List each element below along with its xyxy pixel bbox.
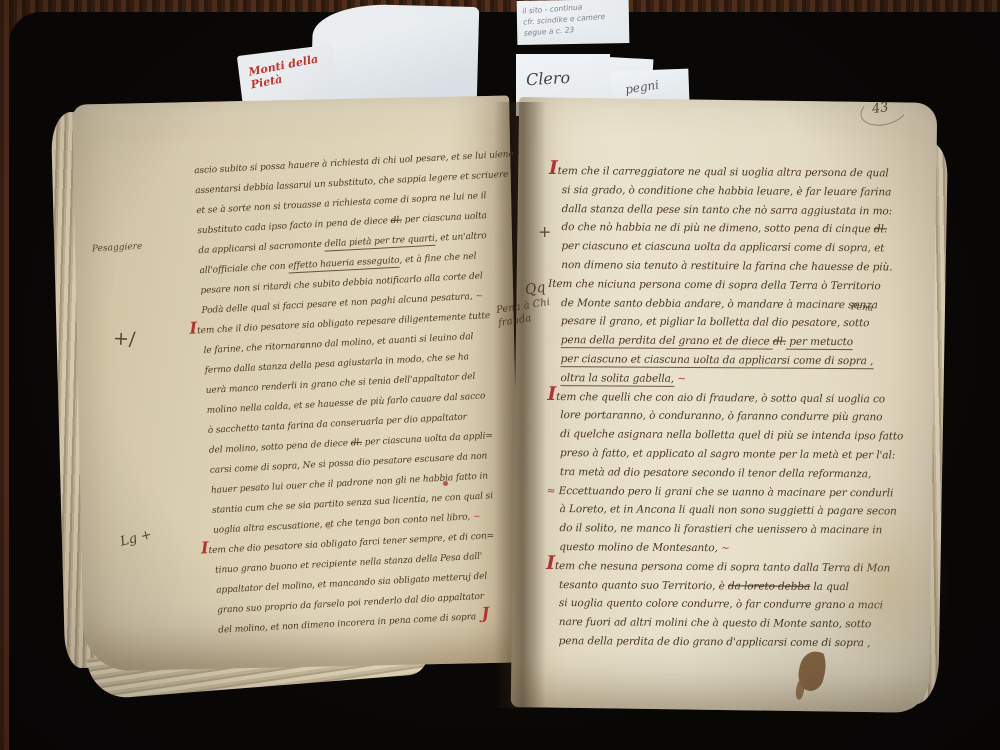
foxing-spot (300, 344, 305, 349)
manuscript-line: do che nò habbia ne di più ne dimeno, so… (561, 221, 920, 242)
slip-clero-label: Clero (526, 66, 611, 89)
bookmark-slip-pencil-note: il sito - continua cfr. scindike e camer… (517, 0, 630, 45)
manuscript-line: non dimeno sia tenuto à restituire la fa… (561, 259, 920, 280)
manuscript-line: pesare il grano, et pigliar la bolletta … (561, 315, 920, 336)
manuscript-line: Item che niciuna persona come di sopra d… (548, 278, 920, 299)
left-page-text: ascio subito si possa hauere à richiesta… (181, 150, 528, 646)
manuscript-line: oltra la solita gabella, ∼ (560, 372, 919, 393)
margin-note-pena: Pena (851, 302, 874, 314)
slip-monti-label: Monti della Pietà (247, 49, 336, 91)
manuscript-line: per ciascuno et ciascuna uolta da applic… (561, 353, 920, 374)
manuscript-line: Item che il carreggiatore ne qual si uog… (549, 165, 921, 186)
manuscript-line: Item che quelli che con aio di fraudare,… (547, 391, 919, 412)
paper-discoloration (820, 500, 950, 670)
manuscript-line: si sia grado, ò conditione che habbia le… (562, 184, 921, 205)
manuscript-line: preso à fatto, et applicato al sagro mon… (560, 447, 919, 468)
manuscript-line: lore portaranno, ò conduranno, ò faranno… (560, 409, 919, 430)
manuscript-line: per ciascuno et ciascuna uolta da applic… (561, 240, 920, 261)
manuscript-photo: Monti della Pietà il sito - continua cfr… (0, 0, 1000, 750)
gutter-cross-mark: + (538, 222, 551, 241)
slip-pegni-label: pegni (624, 73, 689, 97)
margin-cross-mark: +/ (112, 327, 135, 350)
manuscript-line: di quelche asignara nella bolletta quel … (560, 428, 919, 449)
foxing-spot (325, 523, 332, 529)
manuscript-line: tra metà ad dio pesatore secondo il teno… (560, 466, 919, 487)
slip-pencil-note-text: il sito - continua cfr. scindike e camer… (522, 0, 630, 39)
manuscript-line: dalla stanza della pese sin tanto che nò… (562, 203, 921, 224)
page-number: 43 (871, 100, 889, 117)
manuscript-line: pena della perdita del grano et de diece… (561, 334, 920, 355)
margin-doodle: Qq (524, 279, 547, 298)
red-ink-dot (443, 481, 448, 486)
